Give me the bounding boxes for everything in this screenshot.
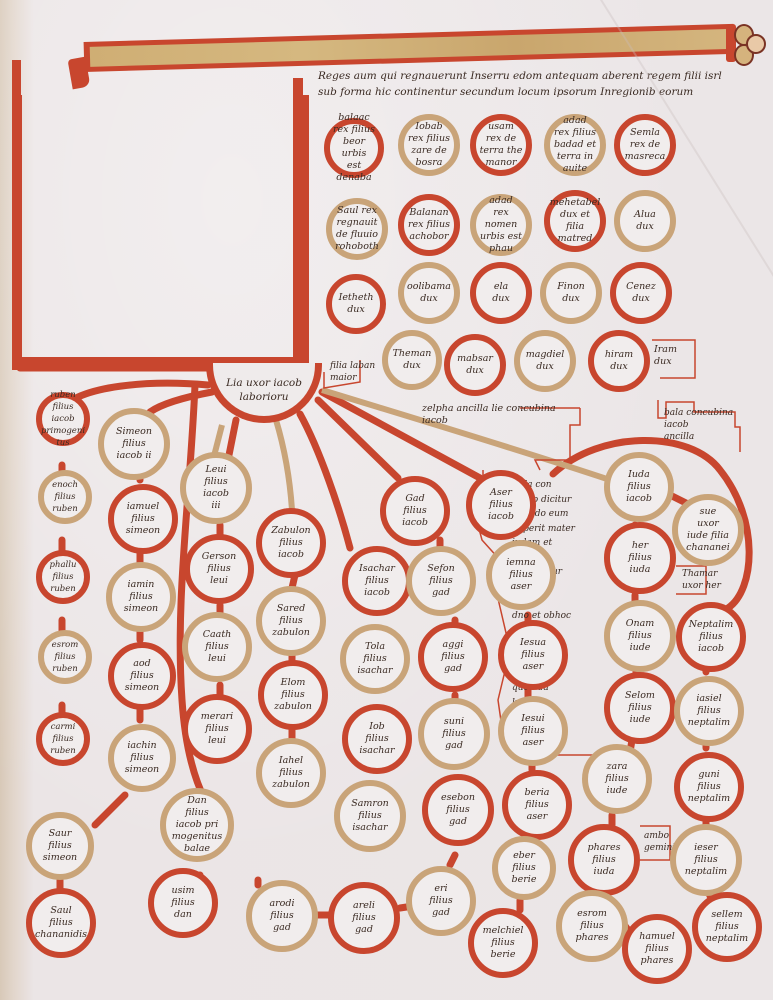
- descendant-node: ruben filius iacob primogeni tus: [36, 392, 90, 446]
- descendant-label: usim filius dan: [169, 885, 196, 921]
- descendant-node: Sared filius zabulon: [256, 586, 326, 656]
- descendant-node: melchiel filius berie: [468, 908, 538, 978]
- descendant-node: sellem filius neptalim: [692, 892, 762, 962]
- king-label: mabsar dux: [455, 353, 495, 377]
- manuscript-page: Reges aum qui regnauerunt Inserru edom a…: [0, 0, 773, 1000]
- descendant-node: guni filius neptalim: [674, 752, 744, 822]
- descendant-label: Iesui filius aser: [519, 713, 546, 749]
- descendant-label: her filius iuda: [626, 540, 653, 576]
- king-node: ela dux: [470, 262, 532, 324]
- descendant-node: esrom filius phares: [556, 890, 628, 962]
- descendant-label: Sared filius zabulon: [270, 603, 312, 639]
- descendant-label: merari filius leui: [199, 711, 235, 747]
- descendant-label: esebon filius gad: [439, 792, 477, 828]
- descendant-node: her filius iuda: [604, 522, 676, 594]
- descendant-node: Sefon filius gad: [406, 546, 476, 616]
- descendant-label: Saul filius chananidis: [33, 905, 89, 941]
- descendant-label: Zabulon filius iacob: [269, 525, 312, 561]
- descendant-label: Simeon filius iacob ii: [114, 426, 154, 462]
- king-node: mabsar dux: [444, 334, 506, 396]
- note-filia-laban: filia laban maior: [330, 360, 375, 384]
- descendant-node: Iob filius isachar: [342, 704, 412, 774]
- descendant-label: Gad filius iacob: [400, 493, 430, 529]
- king-node: hiram dux: [588, 330, 650, 392]
- descendant-node: phallu filius ruben: [36, 550, 90, 604]
- descendant-label: carmi filius ruben: [48, 721, 77, 757]
- descendant-node: Leui filius iacob iii: [180, 452, 252, 524]
- king-label: hiram dux: [603, 349, 635, 373]
- descendant-node: aod filius simeon: [108, 642, 176, 710]
- descendant-label: Selom filius iude: [623, 690, 657, 726]
- descendant-label: aod filius simeon: [123, 658, 161, 694]
- descendant-label: Leui filius iacob iii: [201, 464, 231, 512]
- descendant-label: eber filius berie: [510, 850, 539, 886]
- descendant-node: suni filius gad: [418, 698, 490, 770]
- descendant-node: esrom filius ruben: [38, 630, 92, 684]
- descendant-node: Elom filius zabulon: [258, 660, 328, 730]
- descendant-node: Iuda filius iacob: [604, 452, 674, 522]
- king-label: mehetabel dux et filia matred: [548, 197, 603, 245]
- descendant-label: Iahel filius zabulon: [270, 755, 312, 791]
- descendant-label: hamuel filius phares: [637, 931, 677, 967]
- descendant-node: iemna filius aser: [486, 540, 556, 610]
- king-node: Iobab rex filius zare de bosra: [398, 114, 460, 176]
- king-node: adad rex filius badad et terra in auite: [544, 114, 606, 176]
- king-node: Theman dux: [382, 330, 442, 390]
- descendant-label: phares filius iuda: [586, 842, 623, 878]
- king-node: Alua dux: [614, 190, 676, 252]
- descendant-label: melchiel filius berie: [481, 925, 526, 961]
- descendant-label: Elom filius zabulon: [272, 677, 314, 713]
- descendant-label: Caath filius leui: [201, 629, 234, 665]
- descendant-label: esrom filius phares: [574, 908, 611, 944]
- descendant-node: enoch filius ruben: [38, 470, 92, 524]
- descendant-node: Simeon filius iacob ii: [98, 408, 170, 480]
- king-label: Saul rex regnauit de fluuio rohoboth: [333, 205, 381, 253]
- descendant-label: suni filius gad: [440, 716, 467, 752]
- descendant-node: Iesui filius aser: [498, 696, 568, 766]
- rubric-heading: Reges aum qui regnauerunt Inserru edom a…: [318, 68, 758, 100]
- king-node: magdiel dux: [514, 330, 576, 392]
- descendant-node: aggi filius gad: [418, 622, 488, 692]
- descendant-node: zara filius iude: [582, 744, 652, 814]
- descendant-label: beria filius aser: [523, 787, 552, 823]
- note-thamar: Thamar uxor her: [682, 568, 721, 592]
- descendant-label: Iesua filius aser: [518, 637, 548, 673]
- descendant-node: usim filius dan: [148, 868, 218, 938]
- king-node: Saul rex regnauit de fluuio rohoboth: [326, 198, 388, 260]
- scroll-right-finial: [726, 20, 768, 70]
- descendant-node: arodi filius gad: [246, 880, 318, 952]
- king-label: Alua dux: [632, 209, 658, 233]
- descendant-node: Gerson filius leui: [184, 534, 254, 604]
- king-label: Iobab rex filius zare de bosra: [406, 121, 452, 169]
- king-node: Finon dux: [540, 262, 602, 324]
- descendant-label: Sefon filius gad: [425, 563, 456, 599]
- king-node: Balanan rex filius achobor: [398, 194, 460, 256]
- descendant-label: areli filius gad: [350, 900, 377, 936]
- descendant-label: aggi filius gad: [439, 639, 466, 675]
- king-node: Cenez dux: [610, 262, 672, 324]
- descendant-node: iamin filius simeon: [106, 562, 176, 632]
- descendant-label: iasiel filius neptalim: [686, 693, 732, 729]
- descendant-node: Neptalim filius iacob: [676, 602, 746, 672]
- king-label: adad rex filius badad et terra in auite: [552, 115, 598, 175]
- king-node: balaac rex filius beor urbis est denaba: [324, 118, 384, 178]
- king-label: oolibama dux: [405, 281, 453, 305]
- descendant-node: Selom filius iude: [604, 672, 676, 744]
- descendant-node: areli filius gad: [328, 882, 400, 954]
- descendant-label: Tola filius isachar: [355, 641, 394, 677]
- descendant-node: Dan filius iacob pri mogenitus balae: [160, 788, 234, 862]
- descendant-label: guni filius neptalim: [686, 769, 732, 805]
- king-label: Cenez dux: [624, 281, 658, 305]
- king-label: adad rex nomen urbis est phau: [476, 195, 526, 255]
- descendant-label: Iob filius isachar: [357, 721, 396, 757]
- descendant-node: Samron filius isachar: [334, 780, 406, 852]
- descendant-label: Gerson filius leui: [200, 551, 238, 587]
- descendant-node: Iesua filius aser: [498, 620, 568, 690]
- king-node: usam rex de terra the manor: [470, 114, 532, 176]
- descendant-node: eri filius gad: [406, 866, 476, 936]
- descendant-label: iemna filius aser: [504, 557, 537, 593]
- descendant-node: sue uxor iude filia chananei: [672, 494, 744, 566]
- descendant-label: Iuda filius iacob: [624, 469, 654, 505]
- king-label: Ietheth dux: [337, 292, 376, 316]
- descendant-node: Caath filius leui: [182, 612, 252, 682]
- descendant-label: iachin filius simeon: [123, 740, 161, 776]
- king-label: Semla rex de masreca: [623, 127, 668, 163]
- descendant-node: iasiel filius neptalim: [674, 676, 744, 746]
- note-zelpha: zelpha ancilla lie concubina iacob: [422, 403, 556, 427]
- king-label: Balanan rex filius achobor: [406, 207, 452, 243]
- king-node: adad rex nomen urbis est phau: [470, 194, 532, 256]
- descendant-node: Onam filius iude: [604, 600, 676, 672]
- descendant-label: Onam filius iude: [624, 618, 657, 654]
- descendant-label: arodi filius gad: [267, 898, 296, 934]
- descendant-node: beria filius aser: [502, 770, 572, 840]
- note-iram-dux: Iram dux: [654, 344, 677, 368]
- descendant-node: eber filius berie: [492, 836, 556, 900]
- descendant-label: sue uxor iude filia chananei: [684, 506, 732, 554]
- descendant-label: Aser filius iacob: [486, 487, 516, 523]
- descendant-label: zara filius iude: [603, 761, 630, 797]
- descendant-label: enoch filius ruben: [50, 479, 80, 515]
- descendant-label: Samron filius isachar: [349, 798, 391, 834]
- descendant-label: iamin filius simeon: [122, 579, 160, 615]
- descendant-label: iamuel filius simeon: [124, 501, 162, 537]
- descendant-label: Isachar filius iacob: [357, 563, 397, 599]
- descendant-label: ruben filius iacob primogeni tus: [39, 389, 87, 449]
- descendant-node: iachin filius simeon: [108, 724, 176, 792]
- king-label: usam rex de terra the manor: [478, 121, 525, 169]
- king-label: ela dux: [490, 281, 512, 305]
- king-node: Semla rex de masreca: [614, 114, 676, 176]
- descendant-label: sellem filius neptalim: [704, 909, 750, 945]
- descendant-label: esrom filius ruben: [50, 639, 81, 675]
- king-label: Finon dux: [555, 281, 587, 305]
- empty-frame-box: [14, 95, 309, 365]
- king-label: Theman dux: [391, 348, 434, 372]
- descendant-label: Neptalim filius iacob: [687, 619, 736, 655]
- descendant-node: Gad filius iacob: [380, 476, 450, 546]
- descendant-label: Dan filius iacob pri mogenitus balae: [170, 795, 224, 855]
- descendant-label: eri filius gad: [427, 883, 454, 919]
- king-label: magdiel dux: [524, 349, 567, 373]
- king-node: Ietheth dux: [326, 274, 386, 334]
- descendant-node: Zabulon filius iacob: [256, 508, 326, 578]
- descendant-node: merari filius leui: [182, 694, 252, 764]
- descendant-label: phallu filius ruben: [48, 559, 79, 595]
- descendant-node: iamuel filius simeon: [108, 484, 178, 554]
- descendant-node: esebon filius gad: [422, 774, 494, 846]
- lia-label: Lia uxor iacob laborioru: [226, 376, 302, 404]
- descendant-node: Aser filius iacob: [466, 470, 536, 540]
- descendant-node: hamuel filius phares: [622, 914, 692, 984]
- descendant-label: Saur filius simeon: [41, 828, 79, 864]
- descendant-node: carmi filius ruben: [36, 712, 90, 766]
- descendant-node: Iahel filius zabulon: [256, 738, 326, 808]
- king-node: oolibama dux: [398, 262, 460, 324]
- note-bala: bala concubina iacob ancilla: [664, 407, 733, 443]
- descendant-node: Isachar filius iacob: [342, 546, 412, 616]
- descendant-node: phares filius iuda: [568, 824, 640, 896]
- descendant-node: ieser filius neptalim: [670, 824, 742, 896]
- descendant-label: ieser filius neptalim: [683, 842, 729, 878]
- frame-box-right-post: [293, 78, 303, 373]
- descendant-node: Saur filius simeon: [26, 812, 94, 880]
- king-node: mehetabel dux et filia matred: [544, 190, 606, 252]
- descendant-node: Tola filius isachar: [340, 624, 410, 694]
- descendant-node: Saul filius chananidis: [26, 888, 96, 958]
- king-label: balaac rex filius beor urbis est denaba: [330, 112, 378, 184]
